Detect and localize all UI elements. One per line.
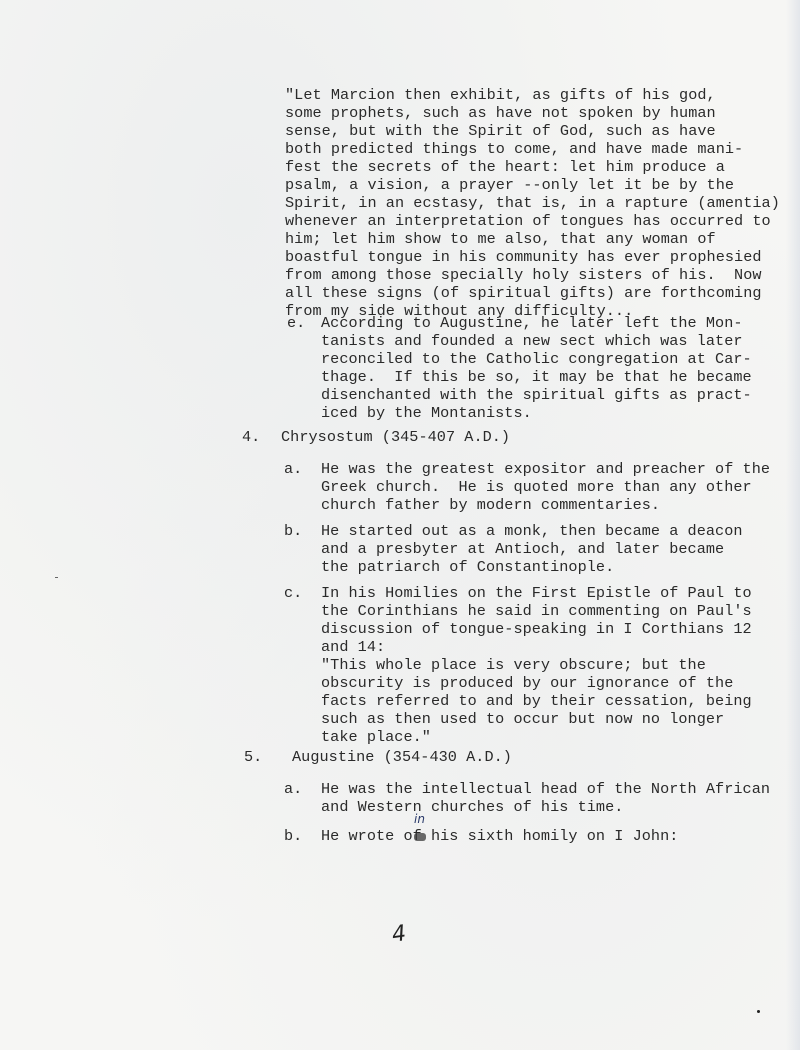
item-label-a: a.: [284, 780, 302, 798]
item-e-line: tanists and founded a new sect which was…: [321, 332, 743, 350]
item-line: obscurity is produced by our ignorance o…: [321, 674, 733, 692]
quote-line: "Let Marcion then exhibit, as gifts of h…: [285, 86, 716, 104]
quote-line: sense, but with the Spirit of God, such …: [285, 122, 716, 140]
quote-line: from among those specially holy sisters …: [285, 266, 762, 284]
item-line: He was the intellectual head of the Nort…: [321, 780, 770, 798]
quote-line: Spirit, in an ecstasy, that is, in a rap…: [285, 194, 780, 212]
item-line: and Western churches of his time.: [321, 798, 623, 816]
item-b-line: He wrote of his sixth homily on I John:: [321, 827, 678, 845]
quote-line: boastful tongue in his community has eve…: [285, 248, 762, 266]
item-line: church father by modern commentaries.: [321, 496, 660, 514]
handwritten-page-number: 4: [390, 921, 407, 948]
item-e-line: According to Augustine, he later left th…: [321, 314, 743, 332]
item-line: "This whole place is very obscure; but t…: [321, 656, 706, 674]
quote-line: him; let him show to me also, that any w…: [285, 230, 716, 248]
item-line: He started out as a monk, then became a …: [321, 522, 743, 540]
quote-line: some prophets, such as have not spoken b…: [285, 104, 716, 122]
section-number-4: 4.: [242, 428, 260, 446]
item-label-b: b.: [284, 827, 302, 845]
quote-line: all these signs (of spiritual gifts) are…: [285, 284, 762, 302]
section-number-5: 5.: [244, 748, 262, 766]
item-e-line: reconciled to the Catholic congregation …: [321, 350, 752, 368]
item-line: Greek church. He is quoted more than any…: [321, 478, 752, 496]
document-page: "Let Marcion then exhibit, as gifts of h…: [0, 0, 800, 1050]
item-line: He was the greatest expositor and preach…: [321, 460, 770, 478]
item-label-e: e.: [287, 314, 305, 332]
ink-dot: [757, 1010, 760, 1013]
quote-line: fest the secrets of the heart: let him p…: [285, 158, 725, 176]
paper-speck: [55, 577, 58, 578]
section-5-heading: Augustine (354-430 A.D.): [292, 748, 512, 766]
item-line: and a presbyter at Antioch, and later be…: [321, 540, 724, 558]
quote-line: whenever an interpretation of tongues ha…: [285, 212, 771, 230]
struck-word-mark: [414, 833, 426, 841]
section-4-heading: Chrysostum (345-407 A.D.): [281, 428, 510, 446]
item-label-b: b.: [284, 522, 302, 540]
quote-line: both predicted things to come, and have …: [285, 140, 743, 158]
item-e-line: iced by the Montanists.: [321, 404, 532, 422]
item-label-a: a.: [284, 460, 302, 478]
item-line: the patriarch of Constantinople.: [321, 558, 614, 576]
item-label-c: c.: [284, 584, 302, 602]
item-line: and 14:: [321, 638, 385, 656]
handwritten-insertion: in: [414, 812, 425, 826]
item-line: the Corinthians he said in commenting on…: [321, 602, 752, 620]
item-e-line: thage. If this be so, it may be that he …: [321, 368, 752, 386]
item-line: take place.": [321, 728, 431, 746]
item-line: In his Homilies on the First Epistle of …: [321, 584, 752, 602]
item-line: discussion of tongue-speaking in I Corth…: [321, 620, 752, 638]
item-line: facts referred to and by their cessation…: [321, 692, 752, 710]
page-edge-shadow: [786, 0, 800, 1050]
item-e-line: disenchanted with the spiritual gifts as…: [321, 386, 752, 404]
item-line: such as then used to occur but now no lo…: [321, 710, 724, 728]
quote-line: psalm, a vision, a prayer --only let it …: [285, 176, 734, 194]
